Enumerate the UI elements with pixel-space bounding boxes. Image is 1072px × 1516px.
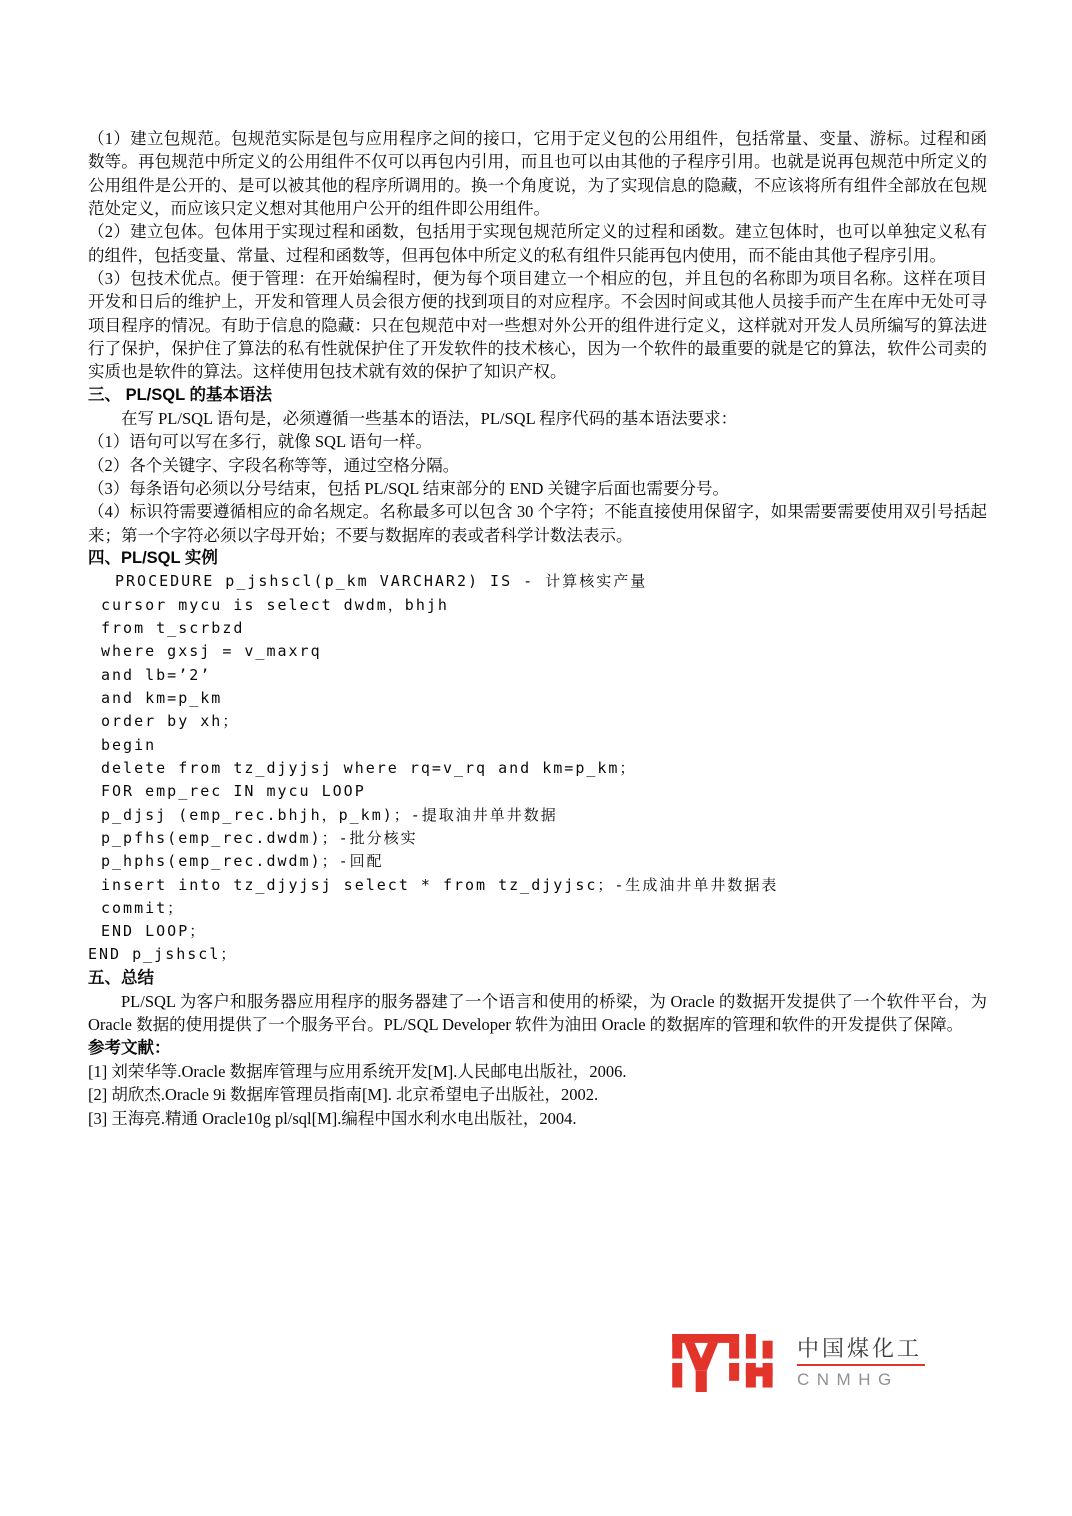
code-line: commit； <box>88 897 987 920</box>
logo-chinese-name: 中国煤化工 <box>797 1336 925 1361</box>
code-line: from t_scrbzd <box>88 617 987 640</box>
code-line: cursor mycu is select dwdm，bhjh <box>88 594 987 617</box>
section-heading-example: 四、PL/SQL 实例 <box>88 547 987 570</box>
code-line: begin <box>88 734 987 757</box>
syntax-rule-1: （1）语句可以写在多行，就像 SQL 语句一样。 <box>88 430 987 453</box>
syntax-intro: 在写 PL/SQL 语句是，必须遵循一些基本的语法，PL/SQL 程序代码的基本… <box>88 407 987 430</box>
syntax-rule-3: （3）每条语句必须以分号结束，包括 PL/SQL 结束部分的 END 关键字后面… <box>88 477 987 500</box>
logo-latin-name: CNMHG <box>797 1371 925 1390</box>
paragraph-package-advantages: （3）包技术优点。便于管理：在开始编程时，便为每个项目建立一个相应的包，并且包的… <box>88 267 987 384</box>
syntax-rule-4: （4）标识符需要遵循相应的命名规定。名称最多可以包含 30 个字符；不能直接使用… <box>88 500 987 547</box>
cnmhg-logo: 中国煤化工 CNMHG <box>672 1334 925 1392</box>
document-page: （1）建立包规范。包规范实际是包与应用程序之间的接口，它用于定义包的公用组件，包… <box>0 0 1072 1516</box>
section-heading-summary: 五、总结 <box>88 967 987 990</box>
code-line: END p_jshscl； <box>88 943 987 966</box>
code-line: p_djsj (emp_rec.bhjh，p_km)；-提取油井单井数据 <box>88 804 987 827</box>
mh-monogram-icon <box>672 1334 784 1392</box>
logo-divider <box>797 1364 925 1366</box>
code-line: and lb=’2’ <box>88 664 987 687</box>
plsql-code-block: PROCEDURE p_jshscl(p_km VARCHAR2) IS - 计… <box>88 570 987 967</box>
code-line: FOR emp_rec IN mycu LOOP <box>88 780 987 803</box>
reference-item-1: [1] 刘荣华等.Oracle 数据库管理与应用系统开发[M].人民邮电出版社，… <box>88 1060 987 1083</box>
reference-item-3: [3] 王海亮.精通 Oracle10g pl/sql[M].编程中国水利水电出… <box>88 1107 987 1130</box>
code-line: insert into tz_djyjsj select * from tz_d… <box>88 874 987 897</box>
reference-item-2: [2] 胡欣杰.Oracle 9i 数据库管理员指南[M]. 北京希望电子出版社… <box>88 1083 987 1106</box>
references-heading: 参考文献： <box>88 1037 987 1060</box>
article-body: （1）建立包规范。包规范实际是包与应用程序之间的接口，它用于定义包的公用组件，包… <box>88 127 987 1130</box>
code-line: order by xh； <box>88 710 987 733</box>
code-line: p_hphs(emp_rec.dwdm)；-回配 <box>88 850 987 873</box>
logo-text-block: 中国煤化工 CNMHG <box>797 1334 925 1390</box>
code-line: and km=p_km <box>88 687 987 710</box>
paragraph-package-body: （2）建立包体。包体用于实现过程和函数，包括用于实现包规范所定义的过程和函数。建… <box>88 220 987 267</box>
syntax-rule-2: （2）各个关键字、字段名称等等，通过空格分隔。 <box>88 454 987 477</box>
summary-paragraph: PL/SQL 为客户和服务器应用程序的服务器建了一个语言和使用的桥梁，为 Ora… <box>88 990 987 1037</box>
code-line: delete from tz_djyjsj where rq=v_rq and … <box>88 757 987 780</box>
code-line: PROCEDURE p_jshscl(p_km VARCHAR2) IS - 计… <box>88 570 987 593</box>
code-line: END LOOP； <box>88 920 987 943</box>
paragraph-package-spec: （1）建立包规范。包规范实际是包与应用程序之间的接口，它用于定义包的公用组件，包… <box>88 127 987 220</box>
section-heading-basic-syntax: 三、 PL/SQL 的基本语法 <box>88 384 987 407</box>
code-line: where gxsj = v_maxrq <box>88 640 987 663</box>
code-line: p_pfhs(emp_rec.dwdm)；-批分核实 <box>88 827 987 850</box>
